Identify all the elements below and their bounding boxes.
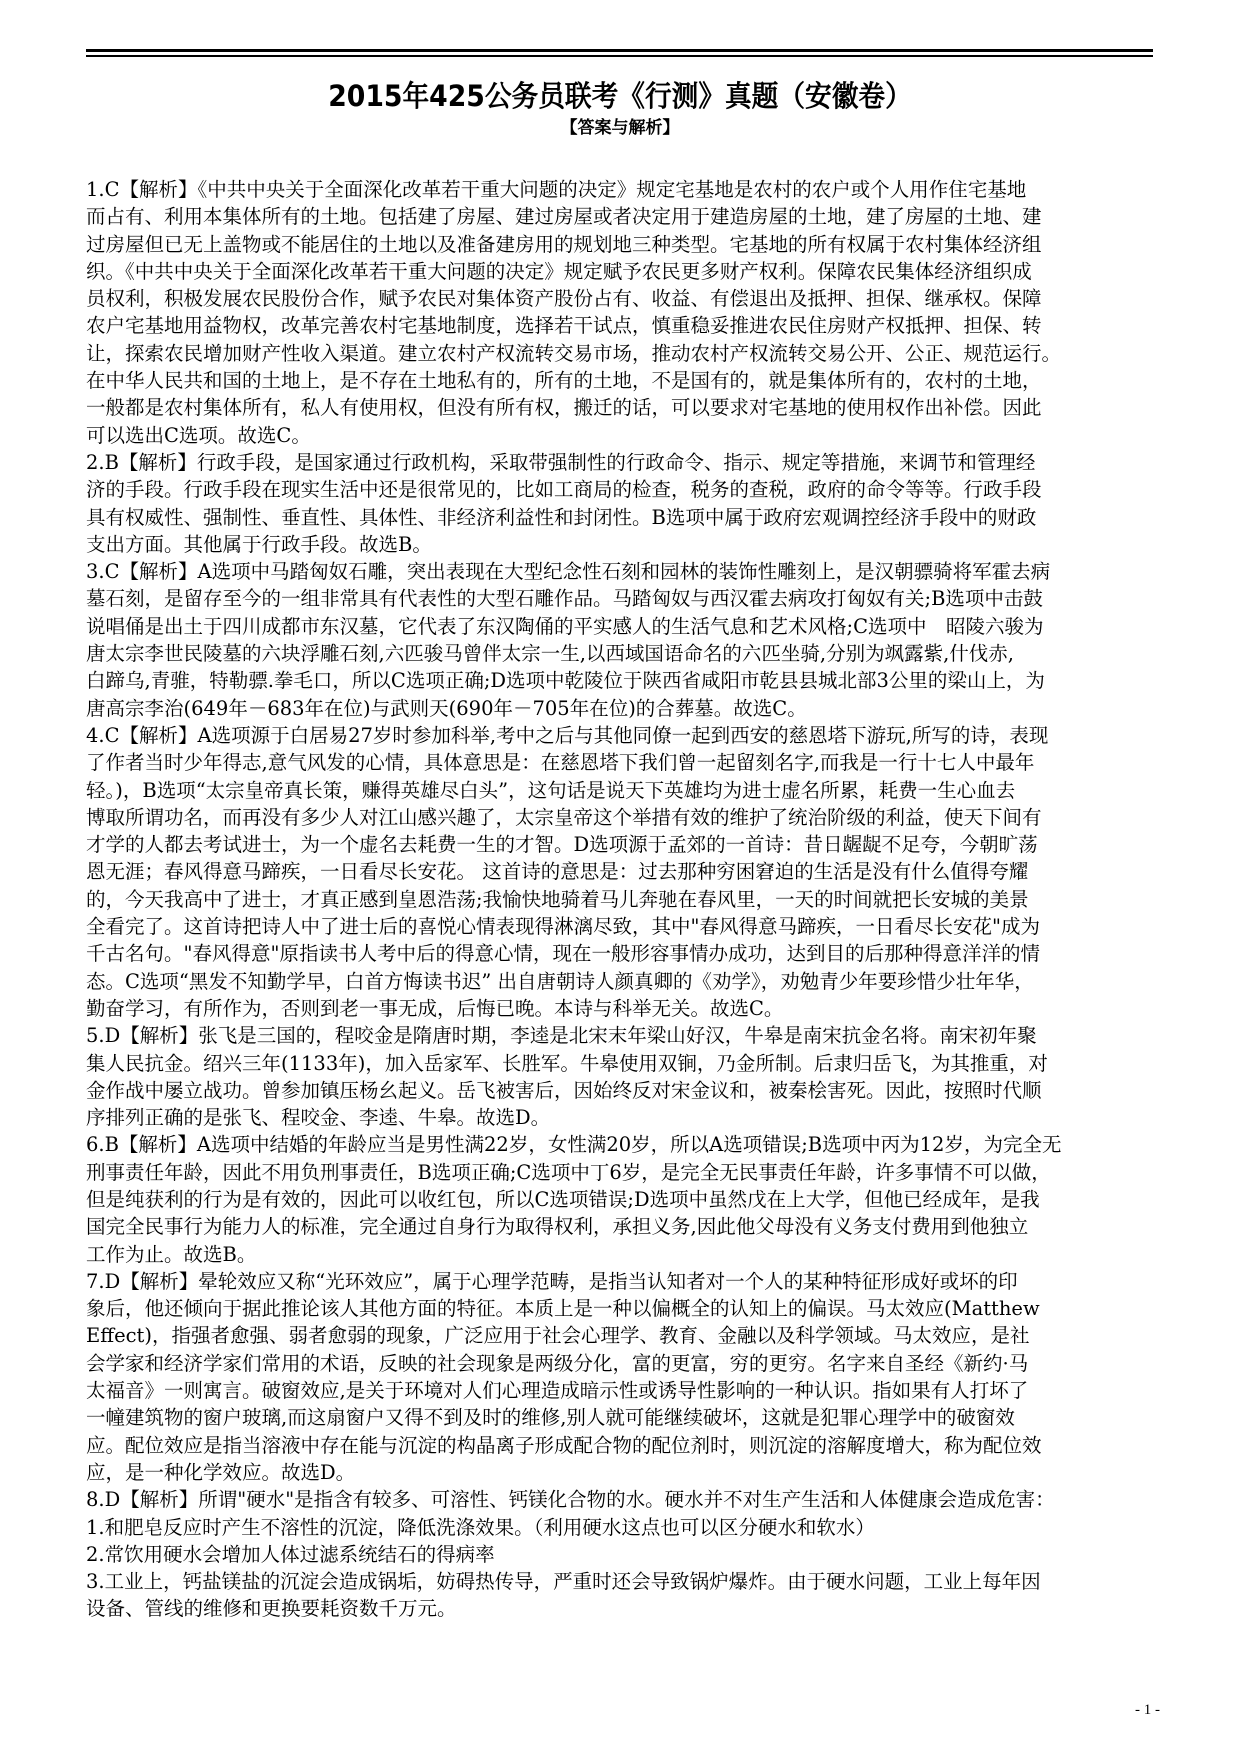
text-line: 全看完了。这首诗把诗人中了进士后的喜悦心情表现得淋漓尽致，其中"春风得意马蹄疾，… — [86, 913, 1156, 940]
text-line: 农户宅基地用益物权，改革完善农村宅基地制度，选择若干试点，慎重稳妥推进农民住房财… — [86, 312, 1156, 339]
text-line: 员权利，积极发展农民股份合作，赋予农民对集体资产股份占有、收益、有偿退出及抵押、… — [86, 285, 1156, 312]
text-line: 集人民抗金。绍兴三年(1133年)，加入岳家军、长胜军。牛皋使用双锏，乃金所制。… — [86, 1050, 1156, 1077]
text-line: 1.和肥皂反应时产生不溶性的沉淀，降低洗涤效果。（利用硬水这点也可以区分硬水和软… — [86, 1514, 1156, 1541]
text-line: 唐太宗李世民陵墓的六块浮雕石刻,六匹骏马曾伴太宗一生,以西域国语命名的六匹坐骑,… — [86, 640, 1156, 667]
text-line: 2.常饮用硬水会增加人体过滤系统结石的得病率 — [86, 1541, 1156, 1568]
text-line: 刑事责任年龄，因此不用负刑事责任，B选项正确;C选项中丁6岁，是完全无民事责任年… — [86, 1159, 1156, 1186]
document-title: 2015年425公务员联考《行测》真题（安徽卷） — [50, 78, 1191, 114]
text-line: 应。配位效应是指当溶液中存在能与沉淀的构晶离子形成配合物的配位剂时，则沉淀的溶解… — [86, 1432, 1156, 1459]
text-line: 3.C【解析】A选项中马踏匈奴石雕，突出表现在大型纪念性石刻和园林的装饰性雕刻上… — [86, 558, 1156, 585]
text-line: 会学家和经济学家们常用的术语，反映的社会现象是两级分化，富的更富，穷的更穷。名字… — [86, 1350, 1156, 1377]
answer-explanations: 1.C【解析】《中共中央关于全面深化改革若干重大问题的决定》规定宅基地是农村的农… — [86, 176, 1156, 1650]
header-double-rule — [86, 49, 1153, 57]
text-line: 可以选出C选项。故选C。 — [86, 422, 1156, 449]
document-subtitle: 【答案与解析】 — [0, 116, 1240, 140]
text-line: 支出方面。其他属于行政手段。故选B。 — [86, 531, 1156, 558]
text-line: 3.工业上，钙盐镁盐的沉淀会造成锅垢，妨碍热传导，严重时还会导致锅炉爆炸。由于硬… — [86, 1568, 1156, 1595]
text-line: 轻。)，B选项“太宗皇帝真长策，赚得英雄尽白头”，这句话是说天下英雄均为进士虚名… — [86, 777, 1156, 804]
text-line: 4.C【解析】A选项源于白居易27岁时参加科举,考中之后与其他同僚一起到西安的慈… — [86, 722, 1156, 749]
text-line: 恩无涯；春风得意马蹄疾，一日看尽长安花。 这首诗的意思是：过去那种穷困窘迫的生活… — [86, 858, 1156, 885]
text-line: 6.B【解析】A选项中结婚的年龄应当是男性满22岁，女性满20岁，所以A选项错误… — [86, 1131, 1156, 1158]
text-line: 说唱俑是出土于四川成都市东汉墓，它代表了东汉陶俑的平实感人的生活气息和艺术风格;… — [86, 613, 1156, 640]
text-line: 了作者当时少年得志,意气风发的心情，具体意思是：在慈恩塔下我们曾一起留刻名字,而… — [86, 749, 1156, 776]
text-line: 具有权威性、强制性、垂直性、具体性、非经济利益性和封闭性。B选项中属于政府宏观调… — [86, 504, 1156, 531]
text-line: 7.D【解析】晕轮效应又称“光环效应”，属于心理学范畴，是指当认知者对一个人的某… — [86, 1268, 1156, 1295]
text-line: 序排列正确的是张飞、程咬金、李逵、牛皋。故选D。 — [86, 1104, 1156, 1131]
text-line: 的，今天我高中了进士，才真正感到皇恩浩荡;我愉快地骑着马儿奔驰在春风里，一天的时… — [86, 886, 1156, 913]
text-line: 态。C选项“黑发不知勤学早，白首方悔读书迟” 出自唐朝诗人颜真卿的《劝学》，劝勉… — [86, 968, 1156, 995]
text-line: 8.D【解析】所谓"硬水"是指含有较多、可溶性、钙镁化合物的水。硬水并不对生产生… — [86, 1486, 1156, 1513]
text-line: 博取所谓功名，而再没有多少人对江山感兴趣了，太宗皇帝这个举措有效的维护了统治阶级… — [86, 804, 1156, 831]
text-line: 国完全民事行为能力人的标准，完全通过自身行为取得权利，承担义务,因此他父母没有义… — [86, 1213, 1156, 1240]
text-line: 让，探索农民增加财产性收入渠道。建立农村产权流转交易市场，推动农村产权流转交易公… — [86, 340, 1156, 367]
text-line: 在中华人民共和国的土地上，是不存在土地私有的，所有的土地，不是国有的，就是集体所… — [86, 367, 1156, 394]
text-line: 1.C【解析】《中共中央关于全面深化改革若干重大问题的决定》规定宅基地是农村的农… — [86, 176, 1156, 203]
text-line: 设备、管线的维修和更换要耗资数千万元。 — [86, 1595, 1156, 1622]
text-line: 千古名句。"春风得意"原指读书人考中后的得意心情，现在一般形容事情办成功，达到目… — [86, 940, 1156, 967]
text-line: 象后，他还倾向于据此推论该人其他方面的特征。本质上是一种以偏概全的认知上的偏误。… — [86, 1295, 1156, 1322]
text-line: 而占有、利用本集体所有的土地。包括建了房屋、建过房屋或者决定用于建造房屋的土地，… — [86, 203, 1156, 230]
text-line: 2.B【解析】行政手段，是国家通过行政机构，采取带强制性的行政命令、指示、规定等… — [86, 449, 1156, 476]
text-line: 应，是一种化学效应。故选D。 — [86, 1459, 1156, 1486]
text-line: 工作为止。故选B。 — [86, 1241, 1156, 1268]
text-line: 白蹄乌,青骓，特勒骠.拳毛口，所以C选项正确;D选项中乾陵位于陕西省咸阳市乾县县… — [86, 667, 1156, 694]
text-line: Effect)，指强者愈强、弱者愈弱的现象，广泛应用于社会心理学、教育、金融以及… — [86, 1322, 1156, 1349]
text-line: 才学的人都去考试进士，为一个虚名去耗费一生的才智。D选项源于孟郊的一首诗：昔日龌… — [86, 831, 1156, 858]
text-line: 济的手段。行政手段在现实生活中还是很常见的，比如工商局的检查，税务的查税，政府的… — [86, 476, 1156, 503]
text-line: 一幢建筑物的窗户玻璃,而这扇窗户又得不到及时的维修,别人就可能继续破坏，这就是犯… — [86, 1404, 1156, 1431]
text-line — [86, 1623, 1156, 1650]
text-line: 一般都是农村集体所有，私人有使用权，但没有所有权，搬迁的话，可以要求对宅基地的使… — [86, 394, 1156, 421]
text-line: 过房屋但已无上盖物或不能居住的土地以及准备建房用的规划地三种类型。宅基地的所有权… — [86, 231, 1156, 258]
text-line: 墓石刻，是留存至今的一组非常具有代表性的大型石雕作品。马踏匈奴与西汉霍去病攻打匈… — [86, 585, 1156, 612]
text-line: 太福音》一则寓言。破窗效应,是关于环境对人们心理造成暗示性或诱导性影响的一种认识… — [86, 1377, 1156, 1404]
text-line: 唐高宗李治(649年－683年在位)与武则天(690年－705年在位)的合葬墓。… — [86, 695, 1156, 722]
text-line: 勤奋学习，有所作为，否则到老一事无成，后悔已晚。本诗与科举无关。故选C。 — [86, 995, 1156, 1022]
text-line: 织。《中共中央关于全面深化改革若干重大问题的决定》规定赋予农民更多财产权利。保障… — [86, 258, 1156, 285]
text-line: 但是纯获利的行为是有效的，因此可以收红包，所以C选项错误;D选项中虽然戊在上大学… — [86, 1186, 1156, 1213]
page-number: - 1 - — [1110, 1700, 1160, 1720]
text-line: 金作战中屡立战功。曾参加镇压杨幺起义。岳飞被害后，因始终反对宋金议和，被秦桧害死… — [86, 1077, 1156, 1104]
text-line: 5.D【解析】张飞是三国的，程咬金是隋唐时期，李逵是北宋末年梁山好汉，牛皋是南宋… — [86, 1022, 1156, 1049]
